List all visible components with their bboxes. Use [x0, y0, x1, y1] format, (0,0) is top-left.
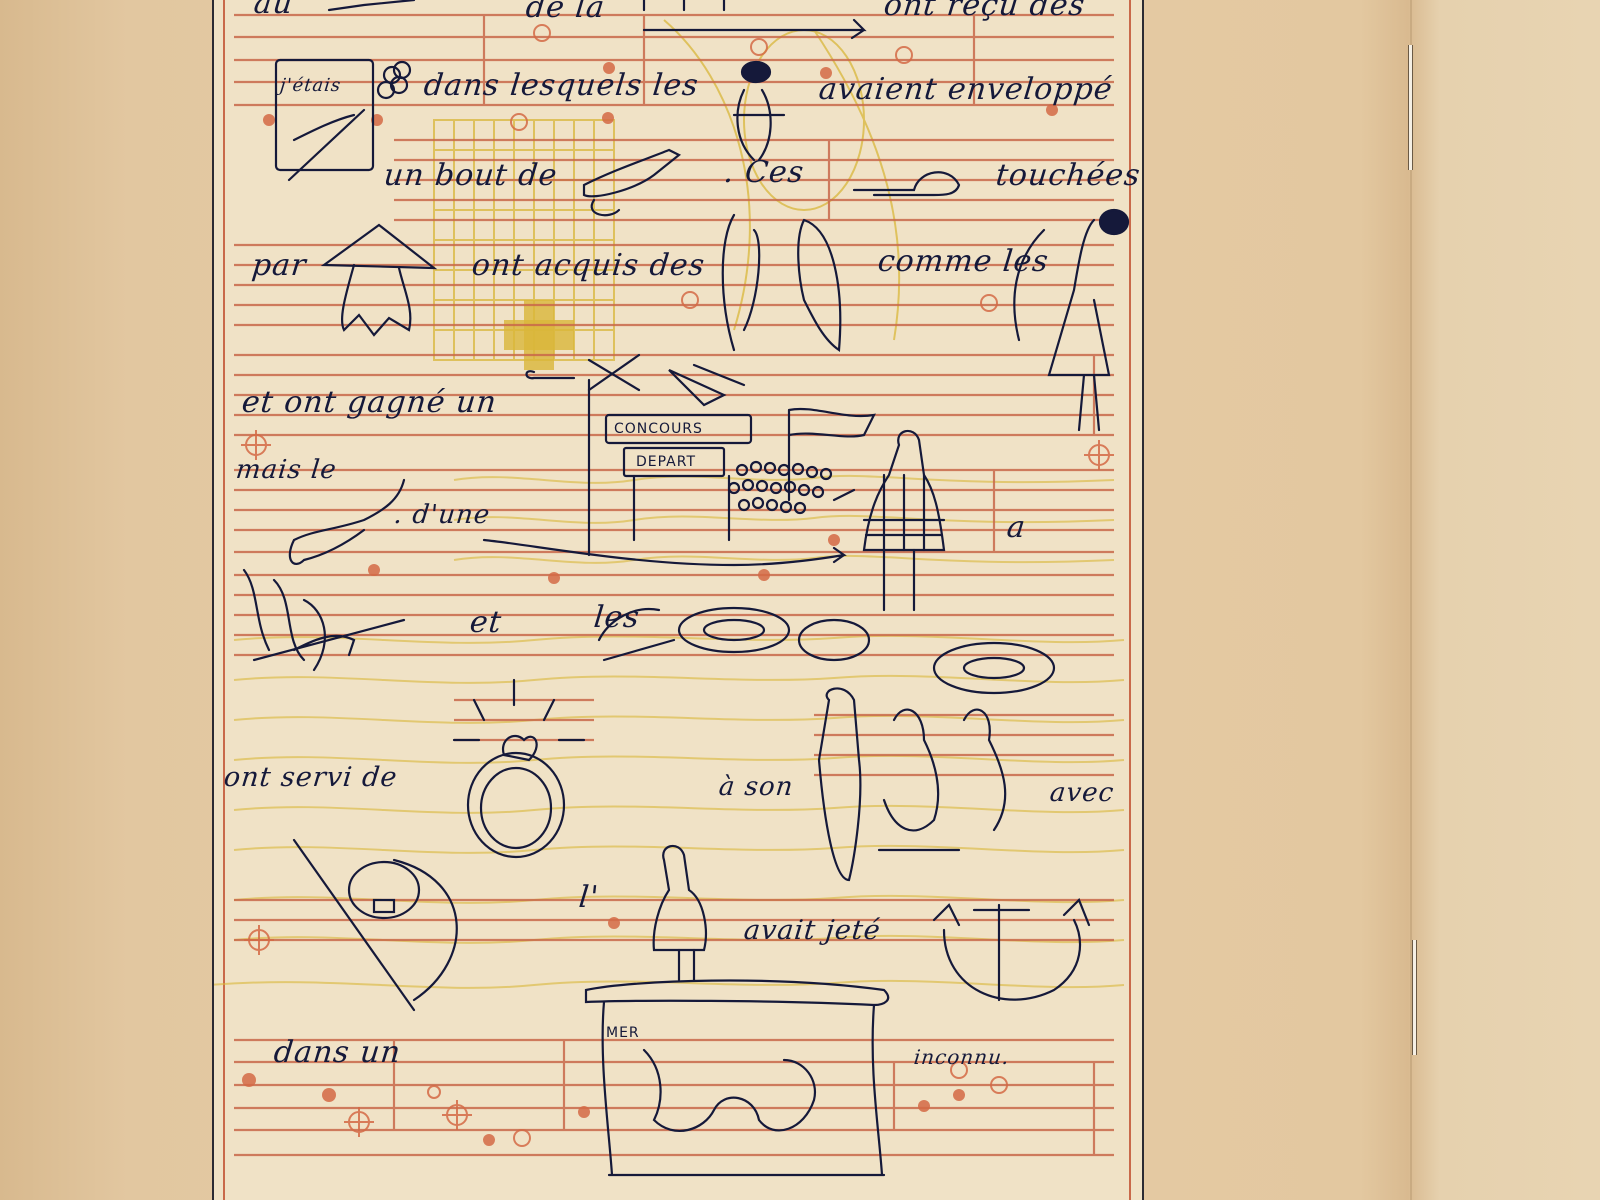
- rebus-word: et ont gagné un: [240, 385, 499, 420]
- rebus-word: avait jeté: [742, 915, 882, 946]
- ghost-hat-drawing: [324, 225, 434, 268]
- rebus-word: . Ces: [722, 155, 806, 190]
- depart-sign-label: DEPART: [636, 454, 696, 470]
- rebus-word: par: [250, 248, 308, 283]
- rebus-word: touchées: [994, 158, 1142, 193]
- rebus-word: avec: [1048, 778, 1115, 808]
- rebus-word: comme les: [876, 244, 1050, 279]
- rebus-word: . d'une: [392, 500, 491, 530]
- rebus-sheet: au de la ont reçu des j'étais dans lesqu…: [212, 0, 1144, 1200]
- rebus-word: a: [1005, 510, 1028, 545]
- concours-sign-label: CONCOURS: [614, 421, 703, 437]
- rebus-word: dans un: [272, 1035, 403, 1070]
- rebus-word: mais le: [234, 455, 338, 485]
- rebus-word: un bout de: [382, 158, 559, 193]
- rebus-word: j'étais: [279, 75, 342, 96]
- rebus-word: les: [592, 600, 641, 635]
- rebus-word: ont acquis des: [470, 248, 707, 283]
- rebus-word: et: [468, 605, 503, 640]
- rebus-word: au: [252, 0, 295, 21]
- rebus-word: inconnu.: [913, 1045, 1011, 1069]
- wings-drawing: [723, 215, 759, 350]
- binding-stitch: [1412, 940, 1417, 1055]
- rebus-word: de la: [524, 0, 607, 25]
- circle-notes: [241, 25, 1114, 1146]
- rebus-word: dans lesquels les: [422, 68, 700, 103]
- rebus-word: ont reçu des: [882, 0, 1087, 23]
- rebus-word: l': [577, 880, 601, 915]
- rebus-word: avaient enveloppé: [817, 72, 1114, 107]
- rebus-word: ont servi de: [222, 762, 399, 793]
- mer-label: MER: [606, 1025, 640, 1041]
- rebus-word: à son: [717, 772, 795, 802]
- binding-stitch: [1408, 45, 1413, 170]
